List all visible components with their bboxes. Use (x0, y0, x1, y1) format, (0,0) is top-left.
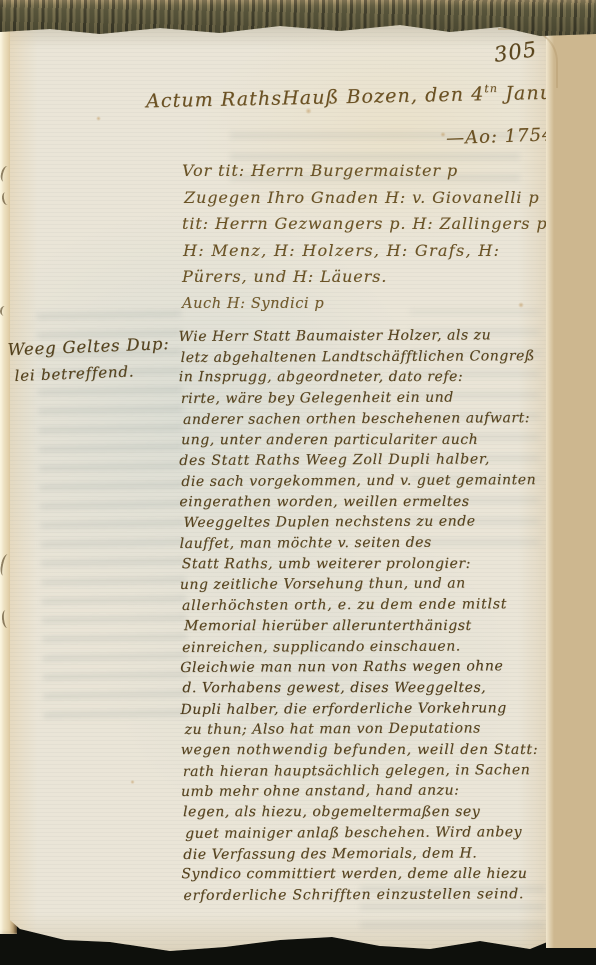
body-text-line: des Statt Raths Weeg Zoll Dupli halber, (179, 449, 551, 472)
body-text-line: Memorial hierüber allerunterthänigst (180, 616, 552, 637)
body-text-line: die sach vorgekommen, und v. guet gemain… (179, 470, 551, 493)
manuscript-photo: 305 Actum RathsHauß Bozen, den 4tn Janua… (0, 0, 596, 965)
header-year-line: —Ao: 1754. (446, 124, 562, 149)
gutter-ink-mark (0, 305, 10, 316)
attendee-line: Auch H: Syndici p (182, 291, 532, 318)
body-text-line: anderer sachen orthen beschehenen aufwar… (179, 408, 551, 431)
attendee-line: H: Menz, H: Holzers, H: Grafs, H: (182, 238, 532, 265)
book-fore-edge (546, 18, 596, 948)
body-text-line: d. Vorhabens gewest, dises Weeggeltes, (180, 678, 552, 699)
body-text-line: in Insprugg, abgeordneter, dato refe: (179, 367, 551, 388)
body-text-line: einreichen, supplicando einschauen. (180, 636, 552, 659)
body-text-line: erforderliche Schrifften einzustellen se… (181, 884, 553, 907)
body-text-line: Syndico committiert werden, deme alle hi… (181, 864, 553, 885)
body-text-line: wegen nothwendig befunden, weill den Sta… (181, 740, 553, 761)
body-text-line: umb mehr ohne anstand, hand anzu: (181, 780, 553, 803)
body-text-line: ung zeitliche Vorsehung thun, und an (180, 573, 552, 596)
body-text-line: rirte, wäre bey Gelegenheit ein und (179, 387, 551, 410)
attendee-line: Zugegen Ihro Gnaden H: v. Giovanelli p (182, 185, 532, 212)
body-text-line: guet mainiger anlaß beschehen. Wird anbe… (181, 822, 553, 845)
body-text-line: Gleichwie man nun von Raths wegen ohne (180, 656, 552, 679)
body-text-line: Statt Raths, umb weiterer prolongier: (180, 554, 552, 575)
attendee-line: tit: Herrn Gezwangers p. H: Zallingers p (182, 211, 532, 238)
body-text-line: lauffet, man möchte v. seiten des (180, 532, 552, 555)
header-date-superscript: tn (484, 82, 498, 95)
margin-note: Weeg Geltes Dup:lei betreffend. (7, 331, 177, 389)
body-text-line: die Verfassung des Memorials, dem H. (181, 843, 553, 866)
body-text-line: Wie Herr Statt Baumaister Holzer, als zu (178, 325, 550, 348)
body-text-line: ung, unter anderen particulariter auch (179, 429, 551, 450)
body-text-line: zu thun; Also hat man von Deputations (181, 718, 553, 741)
body-text-line: rath hieran hauptsächlich gelegen, in Sa… (181, 760, 553, 783)
body-paragraph: Wie Herr Statt Baumaister Holzer, als zu… (178, 325, 553, 907)
foxing-spot (96, 116, 101, 121)
body-text-line: eingerathen worden, weillen ermeltes (179, 491, 551, 512)
body-text-line: legen, als hiezu, obgemeltermaßen sey (181, 802, 553, 823)
body-text-line: Dupli halber, die erforderliche Vorkehru… (180, 698, 552, 721)
attendees-list: Vor tit: Herrn Burgermaister pZugegen Ih… (182, 158, 532, 317)
attendee-line: Pürers, und H: Läuers. (182, 264, 532, 291)
fore-edge-highlight (546, 18, 554, 948)
attendee-line: Vor tit: Herrn Burgermaister p (182, 158, 532, 185)
body-text-line: allerhöchsten orth, e. zu dem ende mitls… (180, 594, 552, 617)
foxing-spot (130, 780, 135, 784)
body-text-line: letz abgehaltenen Landtschäfftlichen Con… (179, 346, 551, 369)
body-text-line: Weeggeltes Duplen nechstens zu ende (179, 511, 551, 534)
